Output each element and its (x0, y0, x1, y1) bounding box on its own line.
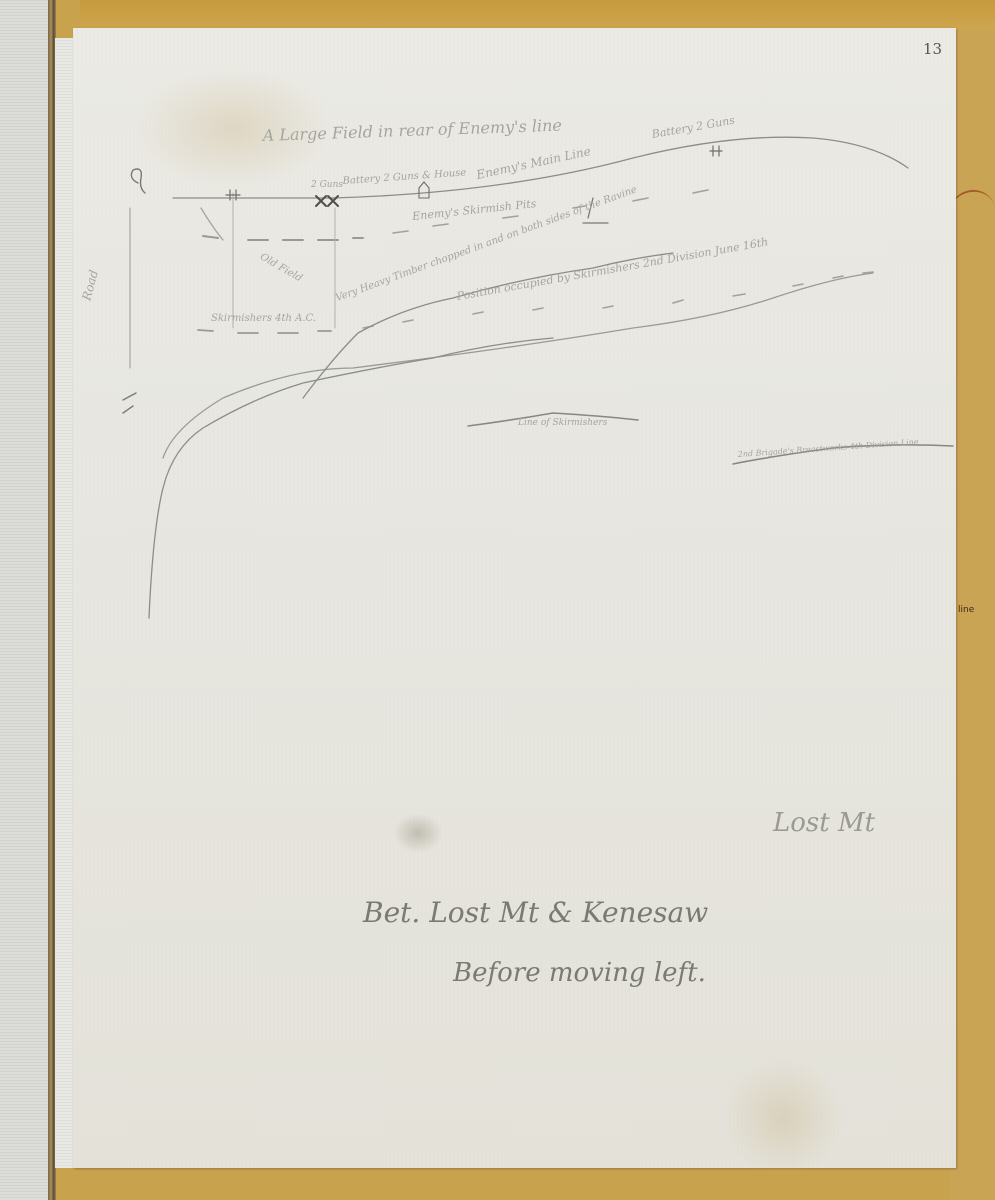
caption-line-1: Bet. Lost Mt & Kenesaw (363, 896, 708, 929)
label-two-guns: 2 Guns (311, 180, 343, 190)
note-lost-mt: Lost Mt (773, 808, 875, 838)
page-number: 13 (923, 40, 942, 58)
label-skirmishers-line: Skirmishers 4th A.C. (211, 313, 316, 324)
underlying-map-edge: line (950, 30, 995, 1200)
map-fragment-text: line (958, 605, 974, 615)
caption-line-2: Before moving left. (453, 958, 706, 988)
binding-cloth (0, 0, 50, 1200)
sketch-page: 13 A Large Field in rear of Enemy's line… (73, 28, 956, 1168)
label-line-of-skirmishers: Line of Skirmishers (518, 418, 607, 428)
